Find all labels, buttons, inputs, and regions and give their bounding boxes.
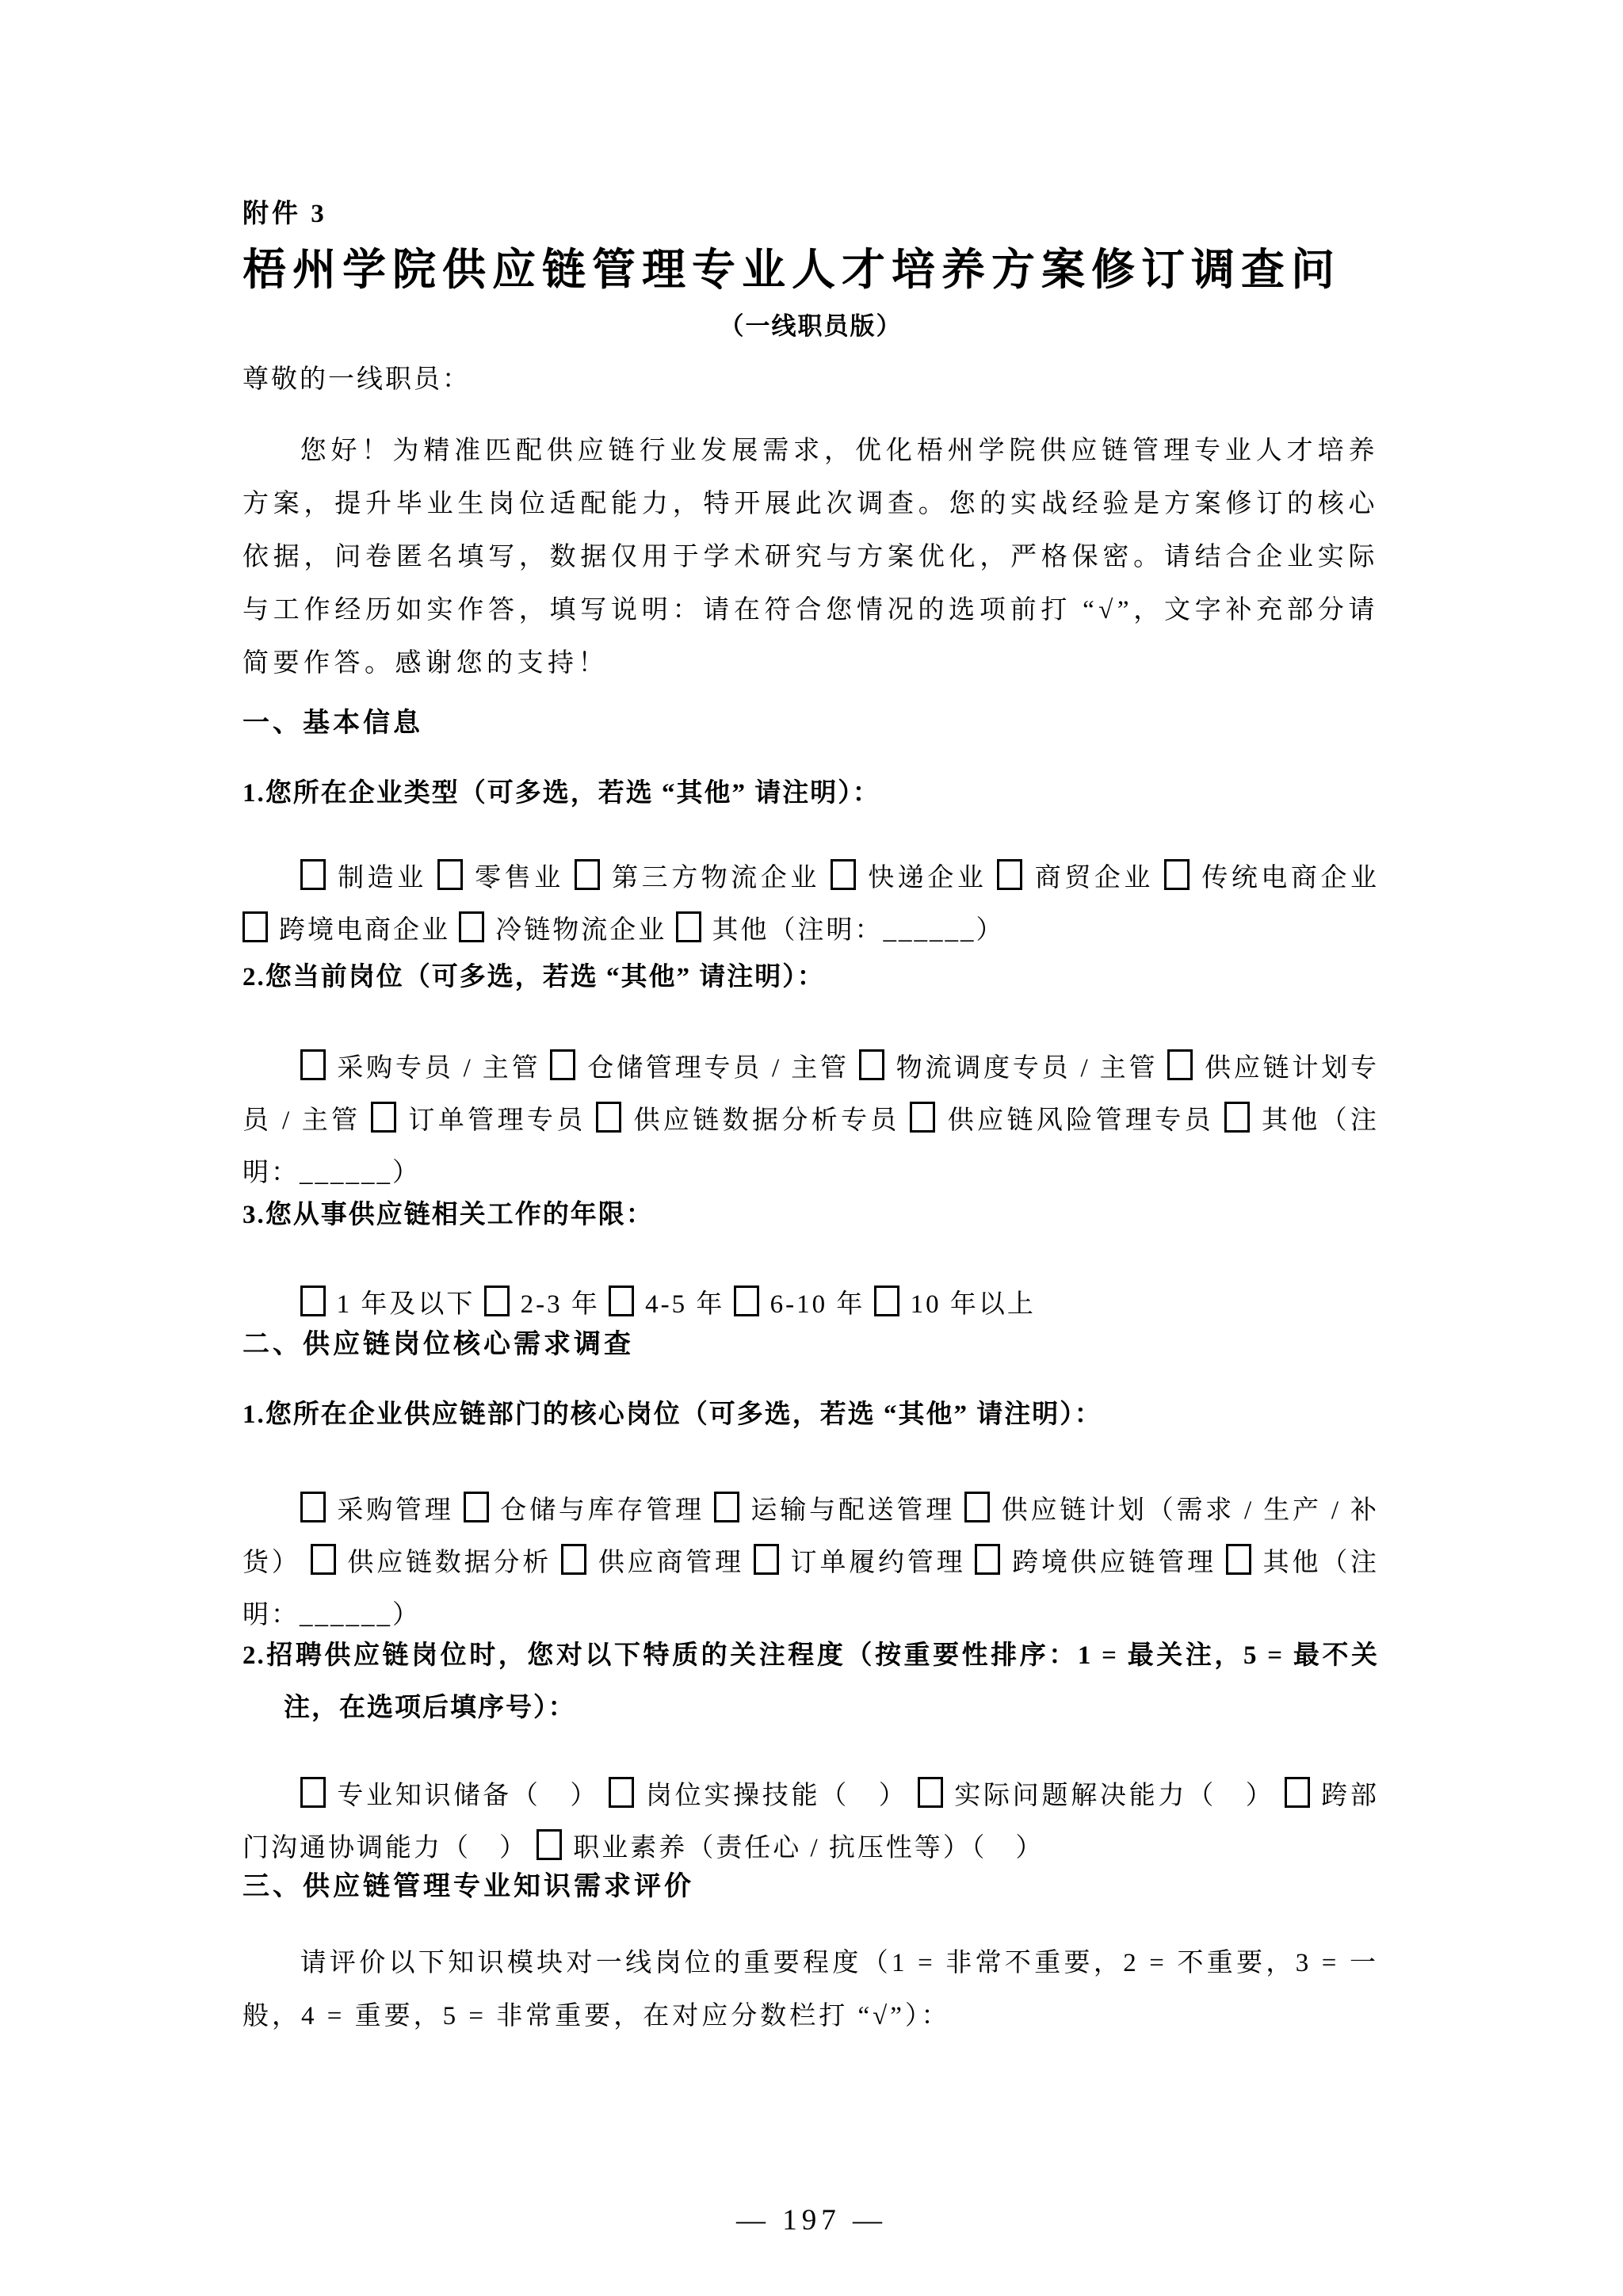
option-label: 快递企业	[867, 864, 987, 892]
checkbox-icon[interactable]	[1226, 1544, 1251, 1575]
question-label-enterprise-type: 1.您所在企业类型（可多选，若选 “其他” 请注明）：	[242, 767, 1379, 819]
questionnaire-page: 附件 3 梧州学院供应链管理专业人才培养方案修订调查问 （一线职员版） 尊敬的一…	[0, 0, 1623, 2296]
option: 供应链风险管理专员	[910, 1106, 1214, 1135]
option: 运输与配送管理	[714, 1496, 955, 1525]
option-label: 订单管理专员	[407, 1106, 586, 1135]
checkbox-icon[interactable]	[300, 1286, 326, 1316]
option: 冷链物流企业	[459, 916, 666, 945]
option-label: 职业素养（责任心 / 抗压性等）（ ）	[573, 1834, 1044, 1862]
options-enterprise-type: 制造业 零售业 第三方物流企业 快递企业 商贸企业 传统电商企业 跨境电商企业 …	[242, 852, 1379, 957]
option: 岗位实操技能（ ）	[609, 1782, 907, 1810]
option: 4-5 年	[609, 1290, 724, 1319]
checkbox-icon[interactable]	[859, 1049, 884, 1080]
checkbox-icon[interactable]	[484, 1286, 510, 1316]
option-label: 供应链数据分析专员	[632, 1106, 900, 1135]
option-label: 1 年及以下	[337, 1290, 475, 1319]
checkbox-icon[interactable]	[975, 1544, 1000, 1575]
section-heading-core-demand-survey: 二、供应链岗位核心需求调查	[242, 1322, 1379, 1361]
section-heading-basic-info: 一、基本信息	[242, 701, 1379, 739]
option-label: 岗位实操技能（ ）	[645, 1782, 907, 1810]
option-label: 10 年以上	[911, 1290, 1036, 1319]
option-label: 仓储管理专员 / 主管	[586, 1054, 849, 1083]
option-label: 冷链物流企业	[495, 916, 666, 945]
option-label: 跨境电商企业	[279, 916, 450, 945]
checkbox-icon[interactable]	[371, 1102, 396, 1133]
checkbox-icon[interactable]	[874, 1286, 899, 1316]
knowledge-evaluation-intro: 请评价以下知识模块对一线岗位的重要程度（1 = 非常不重要，2 = 不重要，3 …	[242, 1937, 1379, 2043]
option-label: 物流调度专员 / 主管	[896, 1054, 1158, 1083]
option-label: 其他（注明：______）	[712, 916, 1005, 945]
option: 订单管理专员	[371, 1106, 586, 1135]
checkbox-icon[interactable]	[300, 1777, 326, 1808]
option: 2-3 年	[484, 1290, 600, 1319]
option-label: 4-5 年	[645, 1290, 724, 1319]
intro-paragraph: 您好！为精准匹配供应链行业发展需求，优化梧州学院供应链管理专业人才培养方案，提升…	[242, 425, 1379, 690]
question-label-trait-attention: 2.招聘供应链岗位时，您对以下特质的关注程度（按重要性排序：1 = 最关注，5 …	[242, 1629, 1379, 1734]
option: 跨境电商企业	[242, 916, 450, 945]
option: 仓储管理专员 / 主管	[550, 1054, 849, 1083]
option: 物流调度专员 / 主管	[859, 1054, 1158, 1083]
page-subtitle: （一线职员版）	[242, 306, 1379, 342]
checkbox-icon[interactable]	[300, 1049, 326, 1080]
checkbox-icon[interactable]	[300, 859, 326, 890]
checkbox-icon[interactable]	[311, 1544, 336, 1575]
option: 传统电商企业	[1164, 864, 1379, 892]
option: 供应商管理	[561, 1549, 744, 1577]
checkbox-icon[interactable]	[754, 1544, 779, 1575]
checkbox-icon[interactable]	[242, 911, 268, 942]
checkbox-icon[interactable]	[1164, 859, 1190, 890]
page-number: — 197 —	[0, 2203, 1623, 2237]
question-label-core-positions: 1.您所在企业供应链部门的核心岗位（可多选，若选 “其他” 请注明）：	[242, 1389, 1379, 1441]
option-label: 运输与配送管理	[750, 1496, 955, 1525]
option-label: 供应链风险管理专员	[946, 1106, 1214, 1135]
option-label: 供应商管理	[598, 1549, 744, 1577]
checkbox-icon[interactable]	[997, 859, 1022, 890]
checkbox-icon[interactable]	[609, 1286, 634, 1316]
option-label: 供应链数据分析	[347, 1549, 552, 1577]
question-label-years-of-experience: 3.您从事供应链相关工作的年限：	[242, 1189, 1379, 1241]
option: 实际问题解决能力（ ）	[918, 1782, 1275, 1810]
option: 10 年以上	[874, 1290, 1036, 1319]
checkbox-icon[interactable]	[300, 1492, 326, 1522]
option: 6-10 年	[734, 1290, 865, 1319]
option: 其他（注明：______）	[676, 916, 1005, 945]
option-label: 订单履约管理	[790, 1549, 966, 1577]
option: 供应链数据分析专员	[596, 1106, 900, 1135]
options-current-position: 采购专员 / 主管 仓储管理专员 / 主管 物流调度专员 / 主管 供应链计划专…	[242, 1042, 1379, 1199]
option: 专业知识储备（ ）	[300, 1782, 599, 1810]
checkbox-icon[interactable]	[437, 859, 463, 890]
option-label: 制造业	[337, 864, 427, 892]
attachment-label: 附件 3	[242, 193, 1379, 230]
option-label: 采购专员 / 主管	[337, 1054, 541, 1083]
option-label: 专业知识储备（ ）	[337, 1782, 599, 1810]
option: 采购专员 / 主管	[300, 1054, 541, 1083]
option: 零售业	[437, 864, 564, 892]
option-label: 6-10 年	[770, 1290, 865, 1319]
checkbox-icon[interactable]	[459, 911, 484, 942]
option: 订单履约管理	[754, 1549, 966, 1577]
page-title: 梧州学院供应链管理专业人才培养方案修订调查问	[242, 235, 1379, 297]
option: 跨境供应链管理	[975, 1549, 1216, 1577]
option-label: 仓储与库存管理	[500, 1496, 705, 1525]
checkbox-icon[interactable]	[464, 1492, 489, 1522]
checkbox-icon[interactable]	[609, 1777, 634, 1808]
option: 职业素养（责任心 / 抗压性等）（ ）	[537, 1834, 1044, 1862]
option: 供应链数据分析	[311, 1549, 552, 1577]
checkbox-icon[interactable]	[537, 1829, 562, 1860]
option-label: 采购管理	[337, 1496, 454, 1525]
option: 制造业	[300, 864, 427, 892]
option-label: 商贸企业	[1033, 864, 1154, 892]
option: 商贸企业	[997, 864, 1154, 892]
question-label-current-position: 2.您当前岗位（可多选，若选 “其他” 请注明）：	[242, 951, 1379, 1003]
section-heading-knowledge-evaluation: 三、供应链管理专业知识需求评价	[242, 1864, 1379, 1903]
checkbox-icon[interactable]	[676, 911, 701, 942]
option-label: 实际问题解决能力（ ）	[954, 1782, 1275, 1810]
option-label: 2-3 年	[521, 1290, 600, 1319]
checkbox-icon[interactable]	[1285, 1777, 1310, 1808]
checkbox-icon[interactable]	[1167, 1049, 1193, 1080]
checkbox-icon[interactable]	[561, 1544, 586, 1575]
checkbox-icon[interactable]	[734, 1286, 759, 1316]
checkbox-icon[interactable]	[550, 1049, 575, 1080]
option-label: 跨境供应链管理	[1011, 1549, 1216, 1577]
checkbox-icon[interactable]	[596, 1102, 621, 1133]
checkbox-icon[interactable]	[1224, 1102, 1250, 1133]
checkbox-icon[interactable]	[910, 1102, 935, 1133]
option: 采购管理	[300, 1496, 454, 1525]
salutation: 尊敬的一线职员：	[242, 358, 1379, 395]
options-trait-attention: 专业知识储备（ ） 岗位实操技能（ ） 实际问题解决能力（ ） 跨部门沟通协调能…	[242, 1770, 1379, 1874]
options-core-positions: 采购管理 仓储与库存管理 运输与配送管理 供应链计划（需求 / 生产 / 补货）…	[242, 1484, 1379, 1641]
checkbox-icon[interactable]	[918, 1777, 943, 1808]
option-label: 第三方物流企业	[611, 864, 820, 892]
option: 第三方物流企业	[575, 864, 820, 892]
checkbox-icon[interactable]	[575, 859, 600, 890]
option: 快递企业	[831, 864, 987, 892]
checkbox-icon[interactable]	[831, 859, 856, 890]
option: 仓储与库存管理	[464, 1496, 705, 1525]
option-label: 传统电商企业	[1201, 864, 1379, 892]
option-label: 零售业	[474, 864, 564, 892]
option: 1 年及以下	[300, 1290, 475, 1319]
checkbox-icon[interactable]	[714, 1492, 739, 1522]
checkbox-icon[interactable]	[964, 1492, 990, 1522]
